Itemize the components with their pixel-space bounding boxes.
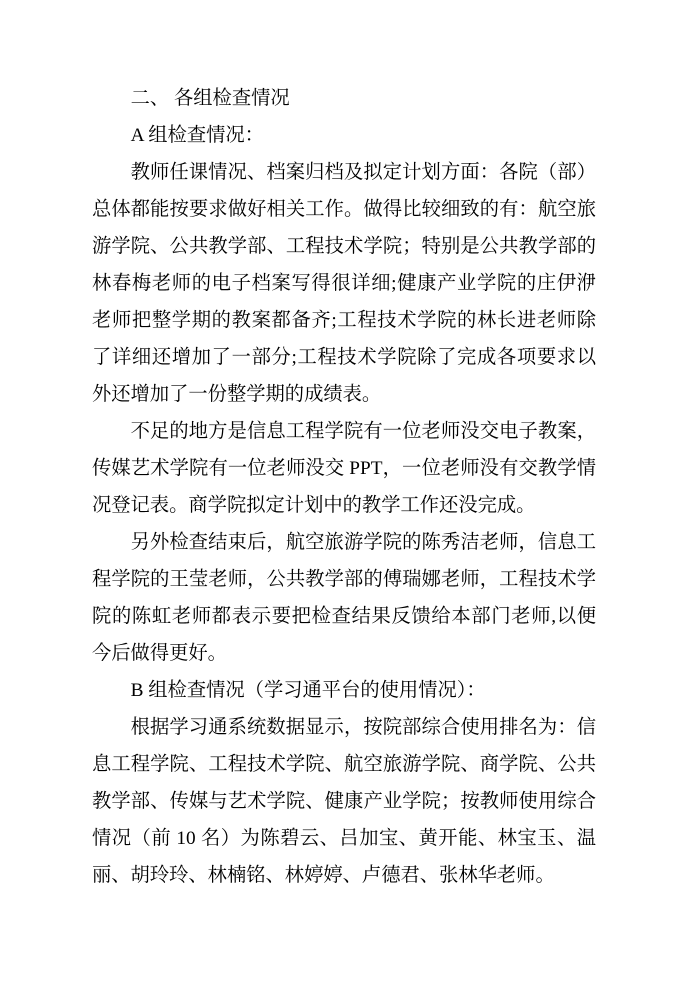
paragraph-group-a-shortcomings: 不足的地方是信息工程学院有一位老师没交电子教案，传媒艺术学院有一位老师没交 PP… — [92, 413, 596, 524]
paragraph-group-a-feedback: 另外检查结束后，航空旅游学院的陈秀洁老师，信息工程学院的王莹老师，公共教学部的傅… — [92, 524, 596, 672]
text-line: 程学院的王莹老师，公共教学部的傅瑞娜老师，工程技术学 — [92, 561, 596, 598]
text-line: B 组检查情况（学习通平台的使用情况）： — [92, 672, 596, 709]
text-line: 另外检查结束后，航空旅游学院的陈秀洁老师，信息工 — [92, 524, 596, 561]
text-line: A 组检查情况： — [92, 117, 596, 154]
text-line: 院的陈虹老师都表示要把检查结果反馈给本部门老师,以便 — [92, 598, 596, 635]
text-line: 老师把整学期的教案都备齐;工程技术学院的林长进老师除 — [92, 302, 596, 339]
text-line: 总体都能按要求做好相关工作。做得比较细致的有：航空旅 — [92, 191, 596, 228]
paragraph-group-b-ranking: 根据学习通系统数据显示，按院部综合使用排名为：信息工程学院、工程技术学院、航空旅… — [92, 709, 596, 894]
text-line: 林春梅老师的电子档案写得很详细;健康产业学院的庄伊洢 — [92, 265, 596, 302]
text-line: 教师任课情况、档案归档及拟定计划方面：各院（部） — [92, 154, 596, 191]
text-line: 外还增加了一份整学期的成绩表。 — [92, 376, 596, 413]
text-line: 不足的地方是信息工程学院有一位老师没交电子教案， — [92, 413, 596, 450]
paragraph-group-a-overview: 教师任课情况、档案归档及拟定计划方面：各院（部）总体都能按要求做好相关工作。做得… — [92, 154, 596, 413]
text-line: 根据学习通系统数据显示，按院部综合使用排名为：信 — [92, 709, 596, 746]
text-line: 丽、胡玲玲、林楠铭、林婷婷、卢德君、张林华老师。 — [92, 857, 596, 894]
text-line: 今后做得更好。 — [92, 635, 596, 672]
text-line: 游学院、公共教学部、工程技术学院；特别是公共教学部的 — [92, 228, 596, 265]
text-line: 况登记表。商学院拟定计划中的教学工作还没完成。 — [92, 487, 596, 524]
document-page: 二、 各组检查情况A 组检查情况：教师任课情况、档案归档及拟定计划方面：各院（部… — [0, 0, 700, 990]
paragraph-group-a-heading: A 组检查情况： — [92, 117, 596, 154]
text-line: 二、 各组检查情况 — [92, 80, 596, 117]
text-line: 了详细还增加了一部分;工程技术学院除了完成各项要求以 — [92, 339, 596, 376]
text-line: 情况（前 10 名）为陈碧云、吕加宝、黄开能、林宝玉、温 — [92, 820, 596, 857]
paragraph-section-heading: 二、 各组检查情况 — [92, 80, 596, 117]
text-line: 息工程学院、工程技术学院、航空旅游学院、商学院、公共 — [92, 746, 596, 783]
paragraph-group-b-heading: B 组检查情况（学习通平台的使用情况）： — [92, 672, 596, 709]
document-body: 二、 各组检查情况A 组检查情况：教师任课情况、档案归档及拟定计划方面：各院（部… — [92, 80, 596, 894]
text-line: 教学部、传媒与艺术学院、健康产业学院；按教师使用综合 — [92, 783, 596, 820]
text-line: 传媒艺术学院有一位老师没交 PPT，一位老师没有交教学情 — [92, 450, 596, 487]
